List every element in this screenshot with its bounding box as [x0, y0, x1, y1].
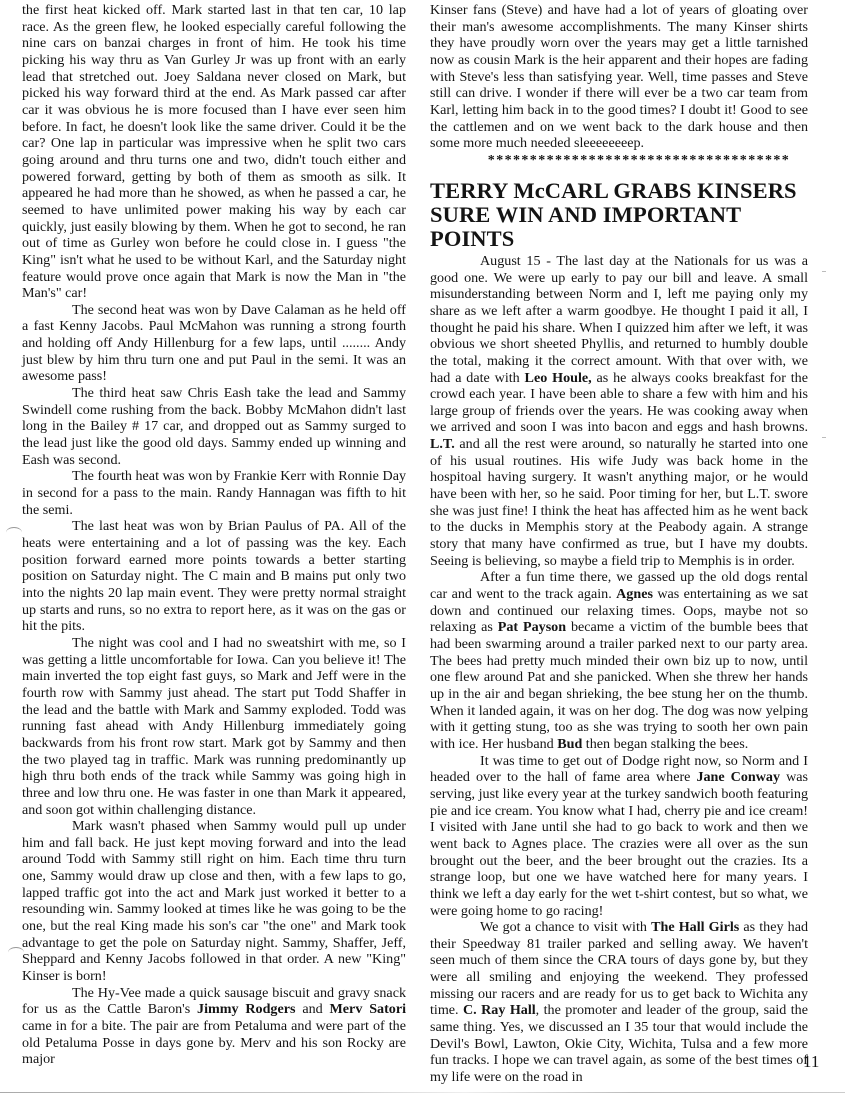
- paragraph-last-heat: The last heat was won by Brian Paulus of…: [22, 518, 406, 635]
- bold-name-merv-satori: Merv Satori: [330, 1001, 407, 1017]
- text-run: and all the rest were around, so natural…: [430, 436, 808, 569]
- text-run: August 15 - The last day at the National…: [430, 253, 808, 386]
- article: TERRY McCARL GRABS KINSERS SURE WIN AND …: [430, 179, 808, 1086]
- bold-name-agnes: Agnes: [616, 586, 653, 602]
- paragraph-track-again: After a fun time there, we gassed up the…: [430, 569, 808, 752]
- paragraph-third-heat: The third heat saw Chris Eash take the l…: [22, 385, 406, 468]
- bold-name-leo-houle: Leo Houle,: [525, 370, 592, 386]
- text-run: We got a chance to visit with: [480, 919, 651, 935]
- paragraph-august-15: August 15 - The last day at the National…: [430, 253, 808, 569]
- section-separator: ************************************: [430, 152, 808, 169]
- scan-margin-tick: [822, 271, 826, 272]
- paragraph-mark-wins: Mark wasn't phased when Sammy would pull…: [22, 818, 406, 985]
- scan-binding-mark: [8, 947, 24, 958]
- text-run: was serving, just like every year at the…: [430, 769, 808, 918]
- paragraph-main-event: The night was cool and I had no sweatshi…: [22, 635, 406, 818]
- text-run: and: [295, 1001, 329, 1017]
- bold-name-jane-conway: Jane Conway: [696, 769, 780, 785]
- bold-name-lt: L.T.: [430, 436, 455, 452]
- right-column: Kinser fans (Steve) and have had a lot o…: [430, 2, 808, 1086]
- scan-margin-tick: [822, 437, 826, 438]
- bold-name-jimmy-rodgers: Jimmy Rodgers: [197, 1001, 295, 1017]
- bold-name-hall-girls: The Hall Girls: [651, 919, 739, 935]
- bold-name-pat-payson: Pat Payson: [498, 619, 566, 635]
- paragraph-dodge: It was time to get out of Dodge right no…: [430, 753, 808, 920]
- paragraph-fourth-heat: The fourth heat was won by Frankie Kerr …: [22, 468, 406, 518]
- paragraph-second-heat: The second heat was won by Dave Calaman …: [22, 302, 406, 385]
- scan-binding-mark: [6, 527, 22, 538]
- text-run: came in for a bite. The pair are from Pe…: [22, 1018, 406, 1067]
- page-number: 11: [803, 1052, 819, 1072]
- bold-name-c-ray-hall: C. Ray Hall: [463, 1002, 536, 1018]
- text-run: then began stalking the bees.: [582, 736, 748, 752]
- paragraph-hy-vee: The Hy-Vee made a quick sausage biscuit …: [22, 985, 406, 1068]
- scan-bottom-edge: [0, 1092, 845, 1093]
- article-headline: TERRY McCARL GRABS KINSERS SURE WIN AND …: [430, 179, 808, 251]
- paragraph-kinser-fans: Kinser fans (Steve) and have had a lot o…: [430, 2, 808, 152]
- paragraph-hall-girls: We got a chance to visit with The Hall G…: [430, 919, 808, 1086]
- bold-name-bud: Bud: [557, 736, 582, 752]
- text-run: became a victim of the bumble bees that …: [430, 619, 808, 752]
- paragraph-first-heat: the first heat kicked off. Mark started …: [22, 2, 406, 302]
- left-column: the first heat kicked off. Mark started …: [22, 2, 406, 1068]
